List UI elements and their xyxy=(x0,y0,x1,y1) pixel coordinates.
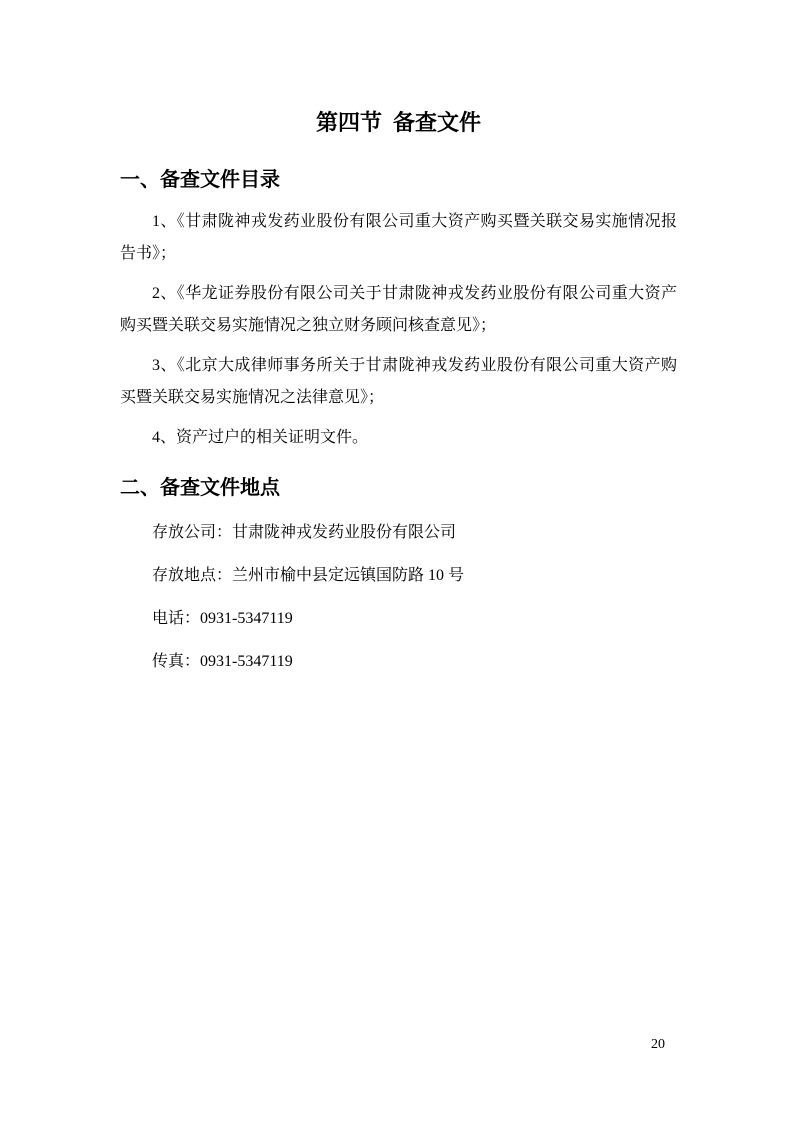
page-title: 第四节 备查文件 xyxy=(120,108,677,138)
phone-line: 电话：0931-5347119 xyxy=(120,603,677,635)
section-location: 二、备查文件地点 存放公司：甘肃陇神戎发药业股份有限公司 存放地点：兰州市榆中县… xyxy=(120,474,677,678)
catalog-item-2: 2、《华龙证券股份有限公司关于甘肃陇神戎发药业股份有限公司重大资产购买暨关联交易… xyxy=(120,278,677,342)
page-content: 第四节 备查文件 一、备查文件目录 1、《甘肃陇神戎发药业股份有限公司重大资产购… xyxy=(120,0,677,689)
catalog-heading: 一、备查文件目录 xyxy=(120,166,677,194)
location-heading: 二、备查文件地点 xyxy=(120,474,677,502)
section-catalog: 一、备查文件目录 1、《甘肃陇神戎发药业股份有限公司重大资产购买暨关联交易实施情… xyxy=(120,166,677,454)
catalog-item-1: 1、《甘肃陇神戎发药业股份有限公司重大资产购买暨关联交易实施情况报告书》； xyxy=(120,206,677,270)
catalog-item-3: 3、《北京大成律师事务所关于甘肃陇神戎发药业股份有限公司重大资产购买暨关联交易实… xyxy=(120,350,677,414)
storage-address-line: 存放地点：兰州市榆中县定远镇国防路 10 号 xyxy=(120,560,677,592)
fax-line: 传真：0931-5347119 xyxy=(120,646,677,678)
page-number: 20 xyxy=(651,1036,665,1054)
document-page: 第四节 备查文件 一、备查文件目录 1、《甘肃陇神戎发药业股份有限公司重大资产购… xyxy=(0,0,793,1122)
storage-company-line: 存放公司：甘肃陇神戎发药业股份有限公司 xyxy=(120,517,677,549)
catalog-item-4: 4、资产过户的相关证明文件。 xyxy=(120,422,677,454)
